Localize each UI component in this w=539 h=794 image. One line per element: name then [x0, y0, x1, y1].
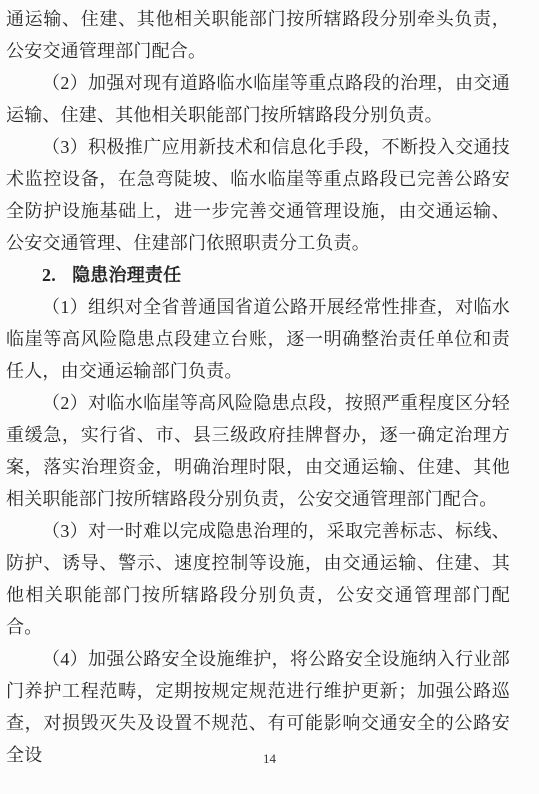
paragraph-section2-item-1: （1）组织对全省普通国省道公路开展经常性排查，对临水临崖等高风险隐患点段建立台账…	[6, 291, 510, 387]
paragraph-section2-item-2: （2）对临水临崖等高风险隐患点段，按照严重程度区分轻重缓急，实行省、市、县三级政…	[6, 387, 510, 515]
section-heading-title: 隐患治理责任	[72, 265, 181, 285]
paragraph-item-3: （3）积极推广应用新技术和信息化手段，不断投入交通技术监控设备，在急弯陡坡、临水…	[6, 131, 510, 259]
section-heading: 2.隐患治理责任	[6, 259, 510, 291]
document-page: 通运输、住建、其他相关职能部门按所辖路段分别牵头负责，公安交通管理部门配合。 （…	[0, 0, 539, 794]
paragraph-continuation: 通运输、住建、其他相关职能部门按所辖路段分别牵头负责，公安交通管理部门配合。	[6, 3, 510, 67]
paragraph-item-2: （2）加强对现有道路临水临崖等重点路段的治理，由交通运输、住建、其他相关职能部门…	[6, 67, 510, 131]
page-number: 14	[263, 751, 276, 766]
section-heading-number: 2.	[42, 265, 56, 285]
page-footer: 14	[0, 751, 539, 767]
paragraph-section2-item-3: （3）对一时难以完成隐患治理的，采取完善标志、标线、防护、诱导、警示、速度控制等…	[6, 515, 510, 643]
document-body: 通运输、住建、其他相关职能部门按所辖路段分别牵头负责，公安交通管理部门配合。 （…	[0, 0, 539, 771]
